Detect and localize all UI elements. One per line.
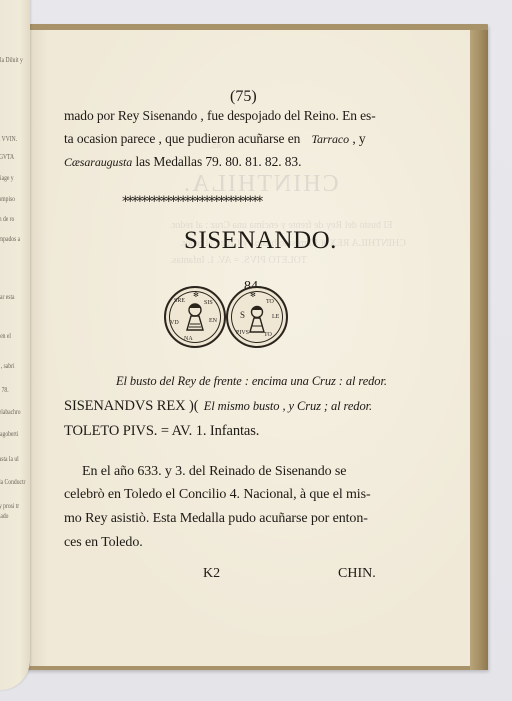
- paragraph-line: celebrò en Toledo el Concilio 4. Naciona…: [64, 487, 371, 503]
- previous-page-fragment: on de ro: [0, 215, 14, 223]
- previous-page-fragment: ra VVIN.: [0, 135, 17, 143]
- medal-description-line: SISENANDVS REX )( El mismo busto , y Cru…: [64, 398, 372, 415]
- page-number: (75): [230, 88, 257, 106]
- reverse-legend: TOLETO PIVS. = AV. 1. Infantas.: [64, 423, 259, 440]
- book-board-edge: [470, 30, 488, 670]
- previous-page-fragment: illa Conductr: [0, 478, 25, 486]
- signature-mark: K2: [203, 566, 220, 582]
- coin-reverse-image: S TO LE TO PIVS ✻: [226, 286, 288, 348]
- paragraph-line: ta ocasion parece , que pudieron acuñars…: [64, 131, 366, 147]
- previous-page-fragment: ella Diluit y: [0, 56, 23, 64]
- reverse-description: El mismo busto , y Cruz ; al redor.: [204, 399, 372, 413]
- paragraph-line: mado por Rey Sisenando , fue despojado d…: [64, 108, 376, 124]
- ornamental-divider: *****************************: [122, 194, 261, 210]
- previous-page-fragment: Dagoberti: [0, 430, 18, 438]
- king-bust-icon: S TO LE TO PIVS ✻: [228, 288, 286, 346]
- place-name: Tarraco: [312, 132, 350, 146]
- book-page: CHINTHILA. 85. El busto del Rey de frent…: [30, 30, 470, 666]
- place-name: Cæsaraugusta: [64, 155, 132, 169]
- svg-text:LE: LE: [272, 314, 280, 320]
- paragraph-line: En el año 633. y 3. del Reinado de Sisen…: [82, 464, 346, 480]
- previous-page-fragment: : GVTA: [0, 153, 14, 161]
- show-through-line: TOLETO PIVS. = AV. 1. Infantas.: [170, 255, 307, 266]
- svg-text:SRE: SRE: [174, 298, 185, 304]
- previous-page-fragment: velabachro: [0, 408, 21, 416]
- svg-text:✻: ✻: [193, 291, 199, 299]
- previous-page-fragment: ; y prosi tr: [0, 502, 19, 510]
- paragraph-line: Cæsaraugusta las Medallas 79. 80. 81. 82…: [64, 154, 301, 170]
- previous-page-fragment: hasta la ul: [0, 455, 19, 463]
- previous-page-fragment: ompados a: [0, 235, 20, 243]
- text: las Medallas 79. 80. 81. 82. 83.: [135, 154, 301, 169]
- svg-text:TO: TO: [264, 332, 273, 338]
- svg-text:SIS: SIS: [204, 300, 213, 306]
- medal-description-obverse: El busto del Rey de frente : encima una …: [116, 374, 387, 389]
- king-bust-icon: SRE SIS EN VD NA ✻: [166, 288, 224, 346]
- paragraph-line: ces en Toledo.: [64, 535, 143, 551]
- svg-text:EN: EN: [209, 318, 218, 324]
- svg-text:✻: ✻: [250, 291, 256, 299]
- section-title: SISENANDO.: [184, 227, 337, 255]
- svg-text:VD: VD: [170, 320, 179, 326]
- svg-text:NA: NA: [184, 336, 193, 342]
- svg-text:S: S: [240, 310, 245, 320]
- previous-page-fragment: y en el: [0, 332, 11, 340]
- catchword: CHIN.: [338, 566, 376, 582]
- previous-page-fragment: mado: [0, 512, 8, 520]
- paragraph-line: mo Rey asistiò. Esta Medalla pudo acuñar…: [64, 511, 368, 527]
- previous-page-fragment: Diage y: [0, 174, 14, 182]
- previous-page-fragment: 7. 78.: [0, 386, 9, 394]
- obverse-legend: SISENANDVS REX )(: [64, 398, 198, 414]
- svg-text:PIVS: PIVS: [236, 330, 249, 336]
- previous-page-fragment: ri , sabri: [0, 362, 15, 370]
- svg-text:TO: TO: [266, 299, 275, 305]
- previous-page-edge: ella Diluit y ra VVIN. : GVTA Diage y co…: [0, 0, 30, 690]
- text: , y: [352, 131, 365, 146]
- coin-obverse-image: SRE SIS EN VD NA ✻: [164, 286, 226, 348]
- previous-page-fragment: icar esta: [0, 293, 15, 301]
- previous-page-fragment: compiso: [0, 195, 15, 203]
- text: ta ocasion parece , que pudieron acuñars…: [64, 131, 300, 146]
